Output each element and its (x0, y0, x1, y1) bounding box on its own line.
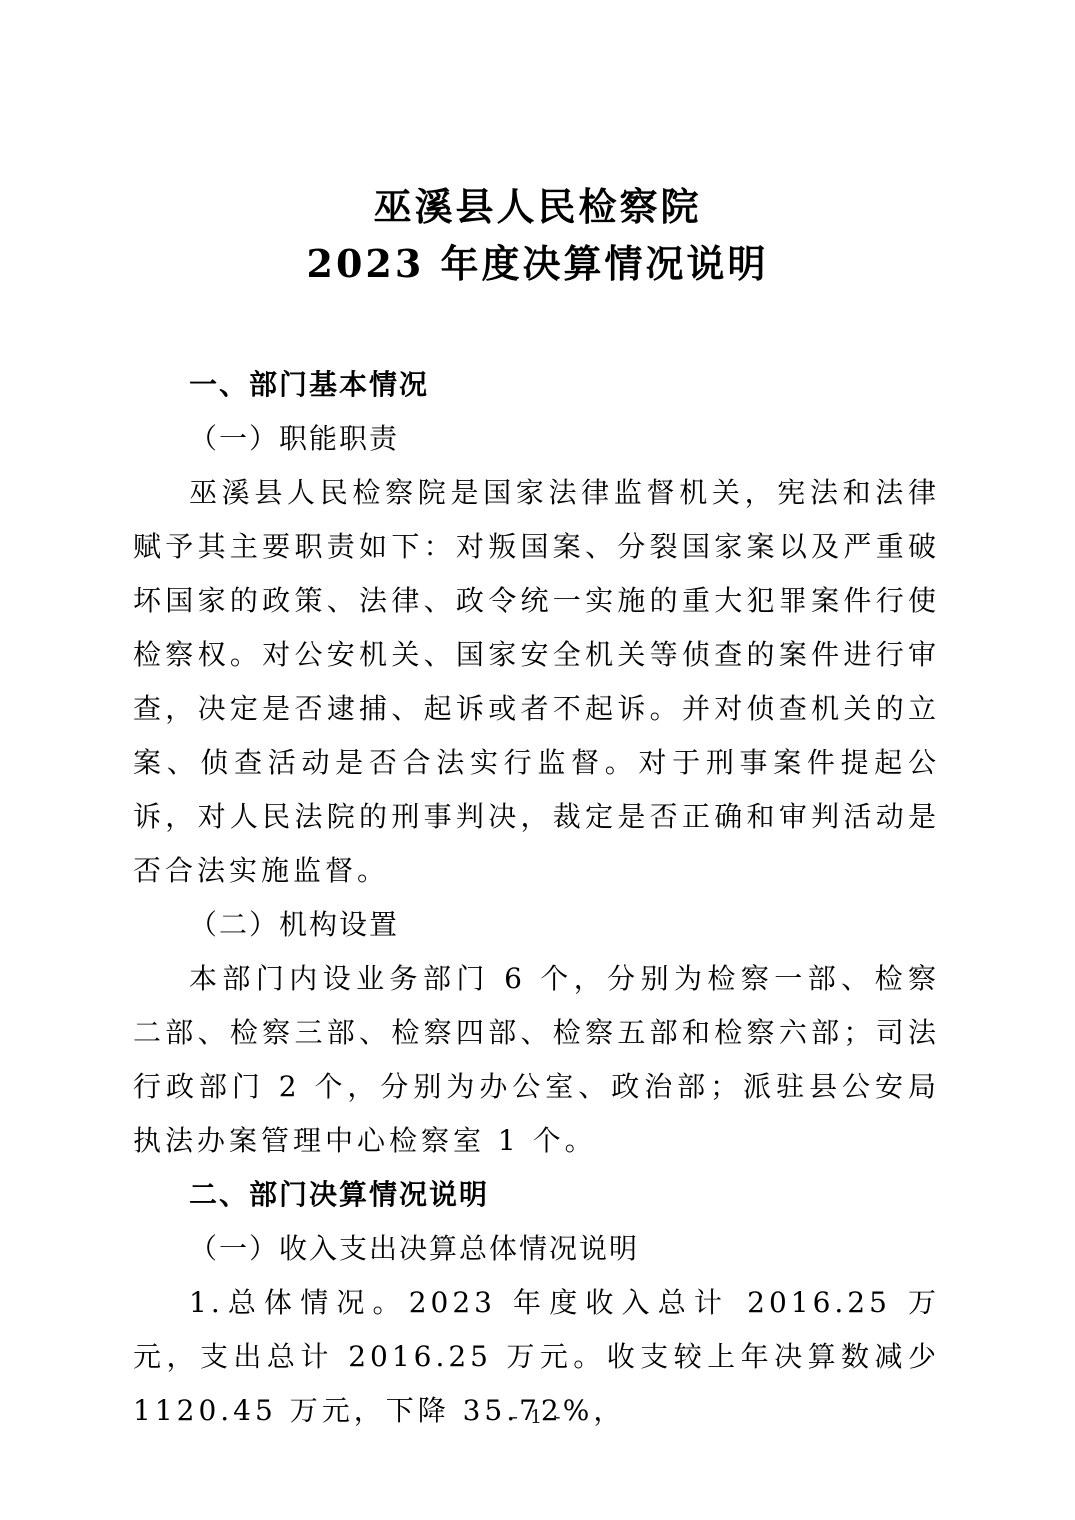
paragraph-duties: 巫溪县人民检察院是国家法律监督机关，宪法和法律赋予其主要职责如下：对叛国案、分裂… (133, 466, 940, 898)
section-heading-final-accounts: 二、部门决算情况说明 (133, 1168, 940, 1222)
title-line-2: 2023 年度决算情况说明 (0, 235, 1075, 292)
page-number: - 1 - (0, 1406, 1075, 1428)
paragraph-org-structure: 本部门内设业务部门 6 个，分别为检察一部、检察二部、检察三部、检察四部、检察五… (133, 952, 940, 1168)
document-body: 一、部门基本情况 （一）职能职责 巫溪县人民检察院是国家法律监督机关，宪法和法律… (0, 358, 1075, 1438)
subsection-heading-org-structure: （二）机构设置 (133, 898, 940, 952)
document-page: 巫溪县人民检察院 2023 年度决算情况说明 一、部门基本情况 （一）职能职责 … (0, 0, 1075, 1520)
document-title: 巫溪县人民检察院 2023 年度决算情况说明 (0, 0, 1075, 292)
title-line-1: 巫溪县人民检察院 (0, 178, 1075, 235)
subsection-heading-income-expense-overview: （一）收入支出决算总体情况说明 (133, 1222, 940, 1276)
subsection-heading-duties: （一）职能职责 (133, 412, 940, 466)
section-heading-basic-info: 一、部门基本情况 (133, 358, 940, 412)
